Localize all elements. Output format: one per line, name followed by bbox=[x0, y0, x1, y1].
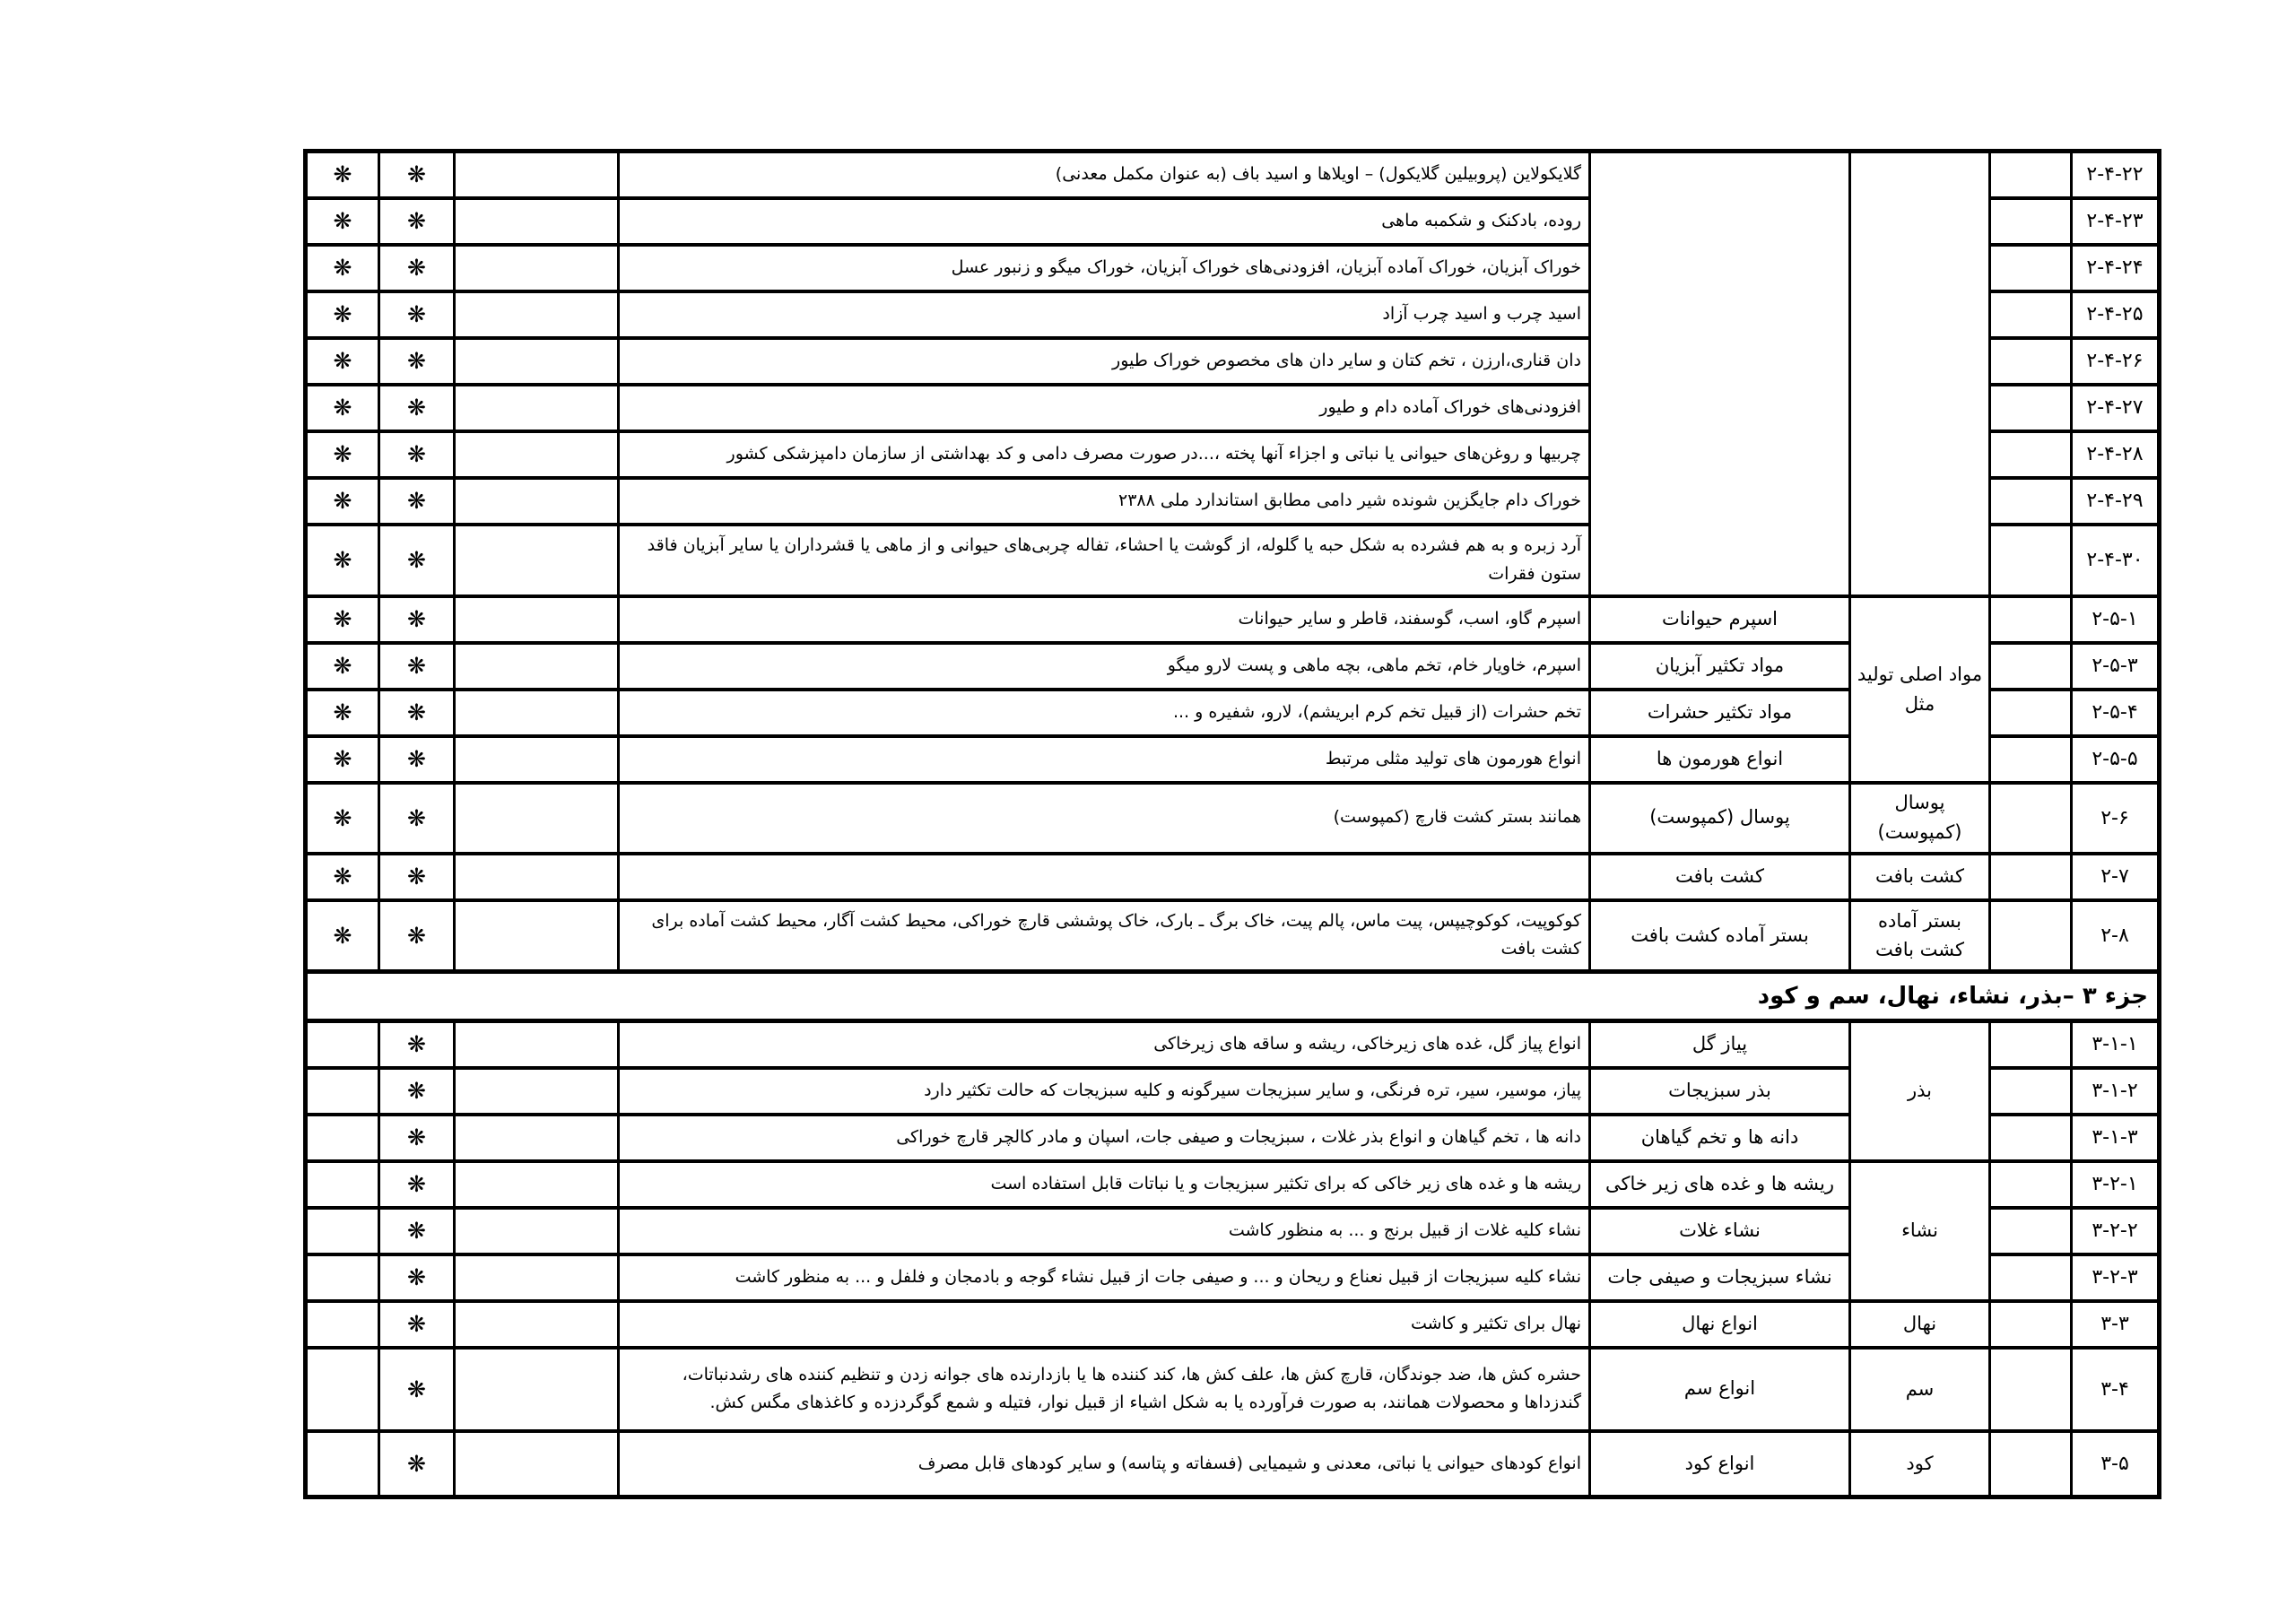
commodity-classification-table: ۲-۴-۲۲گلایکولاین (پروبیلین گلایکول) – او… bbox=[303, 149, 2161, 1499]
empty-cell bbox=[455, 690, 619, 736]
asterisk-cell bbox=[306, 1068, 379, 1115]
row-code: ۲-۶ bbox=[2072, 783, 2160, 854]
description-cell: ریشه ها و غده های زیر خاکی که برای تکثیر… bbox=[619, 1161, 1590, 1208]
empty-cell bbox=[1990, 198, 2072, 245]
empty-cell bbox=[455, 478, 619, 525]
row-code: ۲-۷ bbox=[2072, 854, 2160, 900]
description-cell: نشاء کلیه سبزیجات از قبیل نعناع و ریحان … bbox=[619, 1254, 1590, 1301]
asterisk-cell bbox=[306, 1208, 379, 1254]
asterisk-icon: ❋ bbox=[334, 699, 352, 725]
description-cell: حشره کش ها، ضد جوندگان، قارچ کش ها، علف … bbox=[619, 1348, 1590, 1431]
table-row: ۲-۵-۱مواد اصلی تولید مثلاسپرم حیواناتاسپ… bbox=[306, 596, 2160, 643]
subcategory-cell: نشاء سبزیجات و صیفی جات bbox=[1590, 1254, 1850, 1301]
empty-cell bbox=[455, 198, 619, 245]
asterisk-icon: ❋ bbox=[407, 348, 426, 374]
asterisk-icon: ❋ bbox=[407, 1171, 426, 1197]
page: { "symbols": { "star": "❋" }, "colors": … bbox=[0, 0, 2296, 1623]
description-cell: پیاز، موسیر، سیر، تره فرنگی، و سایر سبزی… bbox=[619, 1068, 1590, 1115]
description-cell: اسپرم، خاویار خام، تخم ماهی، بچه ماهی و … bbox=[619, 643, 1590, 690]
asterisk-icon: ❋ bbox=[334, 923, 352, 949]
asterisk-cell: ❋ bbox=[306, 643, 379, 690]
asterisk-cell: ❋ bbox=[306, 854, 379, 900]
asterisk-cell: ❋ bbox=[379, 291, 455, 338]
table-body: ۲-۴-۲۲گلایکولاین (پروبیلین گلایکول) – او… bbox=[306, 152, 2160, 1497]
subcategory-cell: اسپرم حیوانات bbox=[1590, 596, 1850, 643]
asterisk-cell: ❋ bbox=[306, 596, 379, 643]
row-code: ۲-۴-۲۲ bbox=[2072, 152, 2160, 198]
table-row: ۳-۱-۱بذرپیاز گلانواع پیاز گل، غده های زی… bbox=[306, 1021, 2160, 1068]
asterisk-icon: ❋ bbox=[407, 653, 426, 679]
asterisk-icon: ❋ bbox=[407, 301, 426, 327]
empty-cell bbox=[1990, 1208, 2072, 1254]
subcategory-cell: انواع نهال bbox=[1590, 1301, 1850, 1348]
asterisk-icon: ❋ bbox=[407, 923, 426, 949]
empty-cell bbox=[1990, 291, 2072, 338]
asterisk-cell: ❋ bbox=[379, 525, 455, 596]
empty-cell bbox=[1990, 1348, 2072, 1431]
subcategory-cell: بستر آماده کشت بافت bbox=[1590, 900, 1850, 972]
table-row: ۳-۵کودانواع کودانواع کودهای حیوانی یا نب… bbox=[306, 1431, 2160, 1497]
empty-cell bbox=[455, 525, 619, 596]
asterisk-cell: ❋ bbox=[306, 431, 379, 478]
row-code: ۳-۳ bbox=[2072, 1301, 2160, 1348]
description-cell: نشاء کلیه غلات از قبیل برنج و ... به منظ… bbox=[619, 1208, 1590, 1254]
empty-cell bbox=[455, 736, 619, 783]
subcategory-cell: مواد تکثیر حشرات bbox=[1590, 690, 1850, 736]
empty-cell bbox=[455, 152, 619, 198]
asterisk-icon: ❋ bbox=[407, 1451, 426, 1477]
category-cell: مواد اصلی تولید مثل bbox=[1850, 596, 1990, 783]
asterisk-cell: ❋ bbox=[306, 783, 379, 854]
asterisk-icon: ❋ bbox=[334, 301, 352, 327]
asterisk-icon: ❋ bbox=[334, 395, 352, 421]
category-cell: بستر آماده کشت بافت bbox=[1850, 900, 1990, 972]
row-code: ۲-۸ bbox=[2072, 900, 2160, 972]
asterisk-cell: ❋ bbox=[379, 1348, 455, 1431]
table-row: ۲-۸بستر آماده کشت بافتبستر آماده کشت باف… bbox=[306, 900, 2160, 972]
asterisk-cell bbox=[306, 1021, 379, 1068]
empty-cell bbox=[455, 900, 619, 972]
asterisk-icon: ❋ bbox=[407, 1124, 426, 1150]
empty-cell bbox=[455, 643, 619, 690]
row-code: ۳-۲-۳ bbox=[2072, 1254, 2160, 1301]
table-row: ۳-۲-۱نشاءریشه ها و غده های زیر خاکیریشه … bbox=[306, 1161, 2160, 1208]
asterisk-icon: ❋ bbox=[407, 699, 426, 725]
asterisk-cell: ❋ bbox=[306, 291, 379, 338]
empty-cell bbox=[1990, 783, 2072, 854]
description-cell: دانه ها ، تخم گیاهان و انواع بذر غلات ، … bbox=[619, 1115, 1590, 1161]
row-code: ۲-۴-۳۰ bbox=[2072, 525, 2160, 596]
description-cell: انواع هورمون های تولید مثلی مرتبط bbox=[619, 736, 1590, 783]
asterisk-cell: ❋ bbox=[379, 1161, 455, 1208]
asterisk-icon: ❋ bbox=[334, 864, 352, 890]
asterisk-icon: ❋ bbox=[407, 805, 426, 831]
empty-cell bbox=[455, 1348, 619, 1431]
subcategory-cell: کشت بافت bbox=[1590, 854, 1850, 900]
empty-cell bbox=[1990, 900, 2072, 972]
subcategory-cell: نشاء غلات bbox=[1590, 1208, 1850, 1254]
asterisk-cell: ❋ bbox=[379, 1115, 455, 1161]
table-row: ۳-۴سمانواع سمحشره کش ها، ضد جوندگان، قار… bbox=[306, 1348, 2160, 1431]
table-row: ۳-۳نهالانواع نهالنهال برای تکثیر و کاشت❋ bbox=[306, 1301, 2160, 1348]
row-code: ۲-۴-۲۶ bbox=[2072, 338, 2160, 385]
asterisk-icon: ❋ bbox=[407, 255, 426, 281]
empty-cell bbox=[455, 1115, 619, 1161]
empty-cell bbox=[1990, 1115, 2072, 1161]
description-cell bbox=[619, 854, 1590, 900]
section-header-row: جزء ۳ –بذر، نشاء، نهال، سم و کود bbox=[306, 972, 2160, 1021]
asterisk-icon: ❋ bbox=[407, 1031, 426, 1057]
asterisk-cell: ❋ bbox=[306, 900, 379, 972]
empty-cell bbox=[1990, 1431, 2072, 1497]
asterisk-cell: ❋ bbox=[379, 783, 455, 854]
empty-cell bbox=[455, 1301, 619, 1348]
empty-cell bbox=[1990, 385, 2072, 431]
category-cell: سم bbox=[1850, 1348, 1990, 1431]
asterisk-icon: ❋ bbox=[334, 653, 352, 679]
asterisk-cell: ❋ bbox=[306, 525, 379, 596]
asterisk-icon: ❋ bbox=[407, 606, 426, 632]
table-row: ۲-۶پوسال (کمپوست)پوسال (کمپوست)همانند بس… bbox=[306, 783, 2160, 854]
asterisk-cell: ❋ bbox=[306, 736, 379, 783]
empty-cell bbox=[1990, 245, 2072, 291]
row-code: ۳-۱-۲ bbox=[2072, 1068, 2160, 1115]
asterisk-cell: ❋ bbox=[379, 1301, 455, 1348]
description-cell: دان قناری،ارزن ، تخم کتان و سایر دان های… bbox=[619, 338, 1590, 385]
asterisk-icon: ❋ bbox=[407, 395, 426, 421]
category-cell bbox=[1850, 152, 1990, 596]
asterisk-cell: ❋ bbox=[379, 900, 455, 972]
asterisk-icon: ❋ bbox=[334, 488, 352, 514]
asterisk-cell: ❋ bbox=[379, 478, 455, 525]
empty-cell bbox=[1990, 643, 2072, 690]
asterisk-cell: ❋ bbox=[379, 1208, 455, 1254]
subcategory-cell: مواد تکثیر آبزیان bbox=[1590, 643, 1850, 690]
asterisk-cell: ❋ bbox=[379, 854, 455, 900]
row-code: ۲-۴-۲۳ bbox=[2072, 198, 2160, 245]
subcategory-cell: دانه ها و تخم گیاهان bbox=[1590, 1115, 1850, 1161]
empty-cell bbox=[1990, 1068, 2072, 1115]
asterisk-icon: ❋ bbox=[334, 255, 352, 281]
description-cell: آرد زبره و به هم فشرده به شکل حبه یا گلو… bbox=[619, 525, 1590, 596]
asterisk-icon: ❋ bbox=[407, 1218, 426, 1244]
asterisk-cell: ❋ bbox=[306, 245, 379, 291]
asterisk-icon: ❋ bbox=[334, 547, 352, 573]
asterisk-cell: ❋ bbox=[379, 338, 455, 385]
asterisk-icon: ❋ bbox=[407, 1311, 426, 1337]
empty-cell bbox=[455, 1068, 619, 1115]
category-cell: پوسال (کمپوست) bbox=[1850, 783, 1990, 854]
row-code: ۲-۵-۵ bbox=[2072, 736, 2160, 783]
empty-cell bbox=[1990, 1301, 2072, 1348]
subcategory-cell: انواع سم bbox=[1590, 1348, 1850, 1431]
empty-cell bbox=[1990, 431, 2072, 478]
row-code: ۳-۲-۲ bbox=[2072, 1208, 2160, 1254]
subcategory-cell: انواع هورمون ها bbox=[1590, 736, 1850, 783]
asterisk-icon: ❋ bbox=[407, 746, 426, 772]
asterisk-cell: ❋ bbox=[306, 152, 379, 198]
asterisk-icon: ❋ bbox=[334, 805, 352, 831]
description-cell: خوراک آبزیان، خوراک آماده آبزیان، افزودن… bbox=[619, 245, 1590, 291]
asterisk-icon: ❋ bbox=[334, 441, 352, 467]
description-cell: خوراک دام جایگزین شونده شیر دامی مطابق ا… bbox=[619, 478, 1590, 525]
asterisk-cell: ❋ bbox=[306, 198, 379, 245]
asterisk-cell bbox=[306, 1431, 379, 1497]
asterisk-icon: ❋ bbox=[334, 161, 352, 187]
asterisk-cell: ❋ bbox=[306, 385, 379, 431]
description-cell: اسپرم گاو، اسب، گوسفند، قاطر و سایر حیوا… bbox=[619, 596, 1590, 643]
asterisk-cell: ❋ bbox=[306, 478, 379, 525]
asterisk-cell: ❋ bbox=[379, 245, 455, 291]
row-code: ۲-۴-۲۹ bbox=[2072, 478, 2160, 525]
category-cell: کشت بافت bbox=[1850, 854, 1990, 900]
row-code: ۳-۱-۱ bbox=[2072, 1021, 2160, 1068]
asterisk-cell bbox=[306, 1115, 379, 1161]
asterisk-cell: ❋ bbox=[379, 643, 455, 690]
empty-cell bbox=[455, 1431, 619, 1497]
empty-cell bbox=[1990, 1021, 2072, 1068]
asterisk-icon: ❋ bbox=[334, 348, 352, 374]
empty-cell bbox=[455, 291, 619, 338]
asterisk-cell bbox=[306, 1161, 379, 1208]
empty-cell bbox=[1990, 338, 2072, 385]
row-code: ۲-۴-۲۷ bbox=[2072, 385, 2160, 431]
description-cell: کوکوپیت، کوکوچیپس، پیت ماس، پالم پیت، خا… bbox=[619, 900, 1590, 972]
asterisk-icon: ❋ bbox=[407, 441, 426, 467]
description-cell: گلایکولاین (پروبیلین گلایکول) – اویلاها … bbox=[619, 152, 1590, 198]
row-code: ۳-۲-۱ bbox=[2072, 1161, 2160, 1208]
row-code: ۲-۴-۲۸ bbox=[2072, 431, 2160, 478]
empty-cell bbox=[1990, 596, 2072, 643]
empty-cell bbox=[1990, 736, 2072, 783]
empty-cell bbox=[455, 1021, 619, 1068]
asterisk-cell: ❋ bbox=[379, 1254, 455, 1301]
row-code: ۲-۴-۲۴ bbox=[2072, 245, 2160, 291]
asterisk-cell: ❋ bbox=[379, 1021, 455, 1068]
asterisk-icon: ❋ bbox=[407, 1264, 426, 1290]
empty-cell bbox=[1990, 525, 2072, 596]
empty-cell bbox=[455, 245, 619, 291]
row-code: ۲-۵-۱ bbox=[2072, 596, 2160, 643]
row-code: ۳-۵ bbox=[2072, 1431, 2160, 1497]
asterisk-icon: ❋ bbox=[407, 488, 426, 514]
description-cell: روده، بادکنک و شکمبه ماهی bbox=[619, 198, 1590, 245]
asterisk-cell: ❋ bbox=[379, 431, 455, 478]
asterisk-icon: ❋ bbox=[334, 606, 352, 632]
asterisk-cell bbox=[306, 1254, 379, 1301]
asterisk-cell: ❋ bbox=[306, 338, 379, 385]
empty-cell bbox=[1990, 854, 2072, 900]
asterisk-cell: ❋ bbox=[379, 1068, 455, 1115]
asterisk-icon: ❋ bbox=[334, 746, 352, 772]
description-cell: انواع پیاز گل، غده های زیرخاکی، ریشه و س… bbox=[619, 1021, 1590, 1068]
asterisk-cell bbox=[306, 1348, 379, 1431]
subcategory-cell: پوسال (کمپوست) bbox=[1590, 783, 1850, 854]
asterisk-cell: ❋ bbox=[379, 596, 455, 643]
row-code: ۲-۵-۴ bbox=[2072, 690, 2160, 736]
description-cell: اسید چرب و اسید چرب آزاد bbox=[619, 291, 1590, 338]
table-row: ۲-۷کشت بافتکشت بافت❋❋ bbox=[306, 854, 2160, 900]
description-cell: انواع کودهای حیوانی یا نباتی، معدنی و شی… bbox=[619, 1431, 1590, 1497]
empty-cell bbox=[1990, 1161, 2072, 1208]
asterisk-icon: ❋ bbox=[407, 1376, 426, 1402]
description-cell: چربیها و روغن‌های حیوانی یا نباتی و اجزا… bbox=[619, 431, 1590, 478]
empty-cell bbox=[455, 385, 619, 431]
asterisk-icon: ❋ bbox=[407, 161, 426, 187]
asterisk-icon: ❋ bbox=[407, 547, 426, 573]
table-row: ۲-۴-۲۲گلایکولاین (پروبیلین گلایکول) – او… bbox=[306, 152, 2160, 198]
asterisk-cell: ❋ bbox=[379, 385, 455, 431]
asterisk-cell: ❋ bbox=[379, 736, 455, 783]
category-cell: کود bbox=[1850, 1431, 1990, 1497]
subcategory-cell: بذر سبزیجات bbox=[1590, 1068, 1850, 1115]
category-cell: بذر bbox=[1850, 1021, 1990, 1161]
section-header: جزء ۳ –بذر، نشاء، نهال، سم و کود bbox=[306, 972, 2160, 1021]
description-cell: افزودنی‌های خوراک آماده دام و طیور bbox=[619, 385, 1590, 431]
empty-cell bbox=[455, 783, 619, 854]
empty-cell bbox=[455, 854, 619, 900]
subcategory-cell: پیاز گل bbox=[1590, 1021, 1850, 1068]
row-code: ۲-۴-۲۵ bbox=[2072, 291, 2160, 338]
category-cell: نهال bbox=[1850, 1301, 1990, 1348]
asterisk-icon: ❋ bbox=[407, 864, 426, 890]
empty-cell bbox=[455, 1161, 619, 1208]
empty-cell bbox=[1990, 1254, 2072, 1301]
asterisk-cell: ❋ bbox=[379, 152, 455, 198]
row-code: ۳-۴ bbox=[2072, 1348, 2160, 1431]
empty-cell bbox=[455, 1208, 619, 1254]
empty-cell bbox=[455, 596, 619, 643]
asterisk-icon: ❋ bbox=[407, 208, 426, 234]
description-cell: همانند بستر کشت قارچ (کمپوست) bbox=[619, 783, 1590, 854]
empty-cell bbox=[455, 338, 619, 385]
empty-cell bbox=[1990, 152, 2072, 198]
asterisk-cell bbox=[306, 1301, 379, 1348]
asterisk-cell: ❋ bbox=[379, 1431, 455, 1497]
asterisk-cell: ❋ bbox=[379, 198, 455, 245]
asterisk-cell: ❋ bbox=[306, 690, 379, 736]
asterisk-icon: ❋ bbox=[334, 208, 352, 234]
subcategory-cell: انواع کود bbox=[1590, 1431, 1850, 1497]
asterisk-cell: ❋ bbox=[379, 690, 455, 736]
empty-cell bbox=[455, 431, 619, 478]
description-cell: تخم حشرات (از قبیل تخم کرم ابریشم)، لارو… bbox=[619, 690, 1590, 736]
empty-cell bbox=[455, 1254, 619, 1301]
category-cell: نشاء bbox=[1850, 1161, 1990, 1301]
empty-cell bbox=[1990, 478, 2072, 525]
asterisk-icon: ❋ bbox=[407, 1078, 426, 1104]
description-cell: نهال برای تکثیر و کاشت bbox=[619, 1301, 1590, 1348]
subcategory-cell bbox=[1590, 152, 1850, 596]
empty-cell bbox=[1990, 690, 2072, 736]
row-code: ۲-۵-۳ bbox=[2072, 643, 2160, 690]
subcategory-cell: ریشه ها و غده های زیر خاکی bbox=[1590, 1161, 1850, 1208]
row-code: ۳-۱-۳ bbox=[2072, 1115, 2160, 1161]
